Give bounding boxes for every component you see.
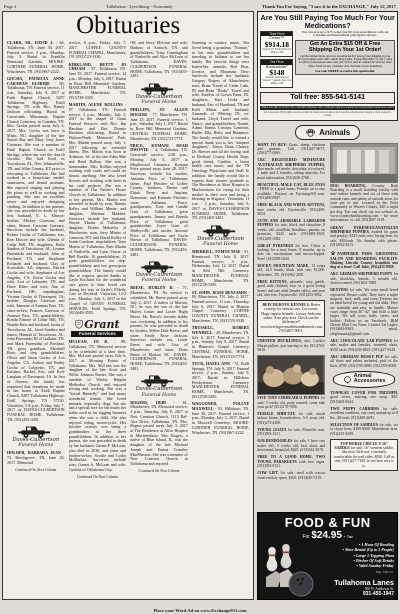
obituaries-section: Obituaries CLARK, SR., DAVID J. - 64, Tu… (2, 11, 254, 600)
grant-logo-name: Grant (84, 319, 119, 330)
obituary-continuation: OK and Steve McLean and wife, Barbara of… (130, 41, 188, 79)
obituary-entry: ST. JOHN, JESSE BENJAMIN - 89, Mancheste… (192, 291, 250, 324)
continued-note: Continued On Next Column (130, 469, 188, 473)
obituary-text: - 87, Tullahoma, TN. June 29, 2017. Fune… (69, 66, 127, 99)
their-price-box: Their Price Crestor™ $914.18 Typical US … (260, 31, 293, 57)
classified-text: for sale. We raise small breed registere… (330, 288, 398, 336)
classified-ad: DOG BOARDING, Country Bark Boarding is a… (330, 143, 398, 223)
our-price-box: Our Price Rosuvastatin* $148 Generic equ… (260, 59, 293, 88)
classified-text: nine weeks old. Fayetteville. (931)409-5… (257, 208, 325, 216)
obituary-column-1: CLARK, SR., DAVID J. - 64, Tullahoma, TN… (7, 41, 65, 593)
page-number: Page 2 (4, 4, 16, 9)
bowling-center-name: Tullahoma Lanes (334, 578, 394, 587)
grant-funeral-services-logo: GrantFuneral Services (71, 319, 123, 337)
classified-ad: GREAT PYRENEES/ANATOLIAN SHEPHERD PUPPIE… (330, 226, 398, 248)
classified-ad: BEAUTIFUL MALE CAT, BLUE EYES - FREE to … (257, 183, 325, 200)
obituary-text: - 77, Manchester, TN. June 25, 2017. Fun… (130, 112, 188, 141)
animals-section-badge: Animals (295, 125, 360, 140)
toll-free-phone: Toll free: 855-541-5141 (260, 92, 395, 105)
daves-culbertson-funeral-home-logo: Daves-CulbertsonFuneral Home (7, 425, 65, 448)
classified-lead: PAMPERED PAWS GROOMING SALON AND BOARDIN… (330, 252, 398, 260)
medications-ad-subtitle: You can save up to 97% when you fill you… (295, 31, 395, 39)
accessories-label-line2: Accessories (354, 379, 386, 385)
price-comparison: Their Price Crestor™ $914.18 Typical US … (260, 31, 293, 90)
classified-ad: WANT TO BUY: Goats, sheep, chickens and … (257, 143, 325, 156)
classified-text: blue merle, red merle, chocolate, tri-co… (257, 167, 325, 180)
obituary-entry: KIRKLAND, BETTY JO CHISAM - 87, Tullahom… (69, 63, 127, 101)
page-header-slogan: Thank You For Saying, "I saw it in the E… (262, 4, 396, 9)
classified-ad: CRESTED DUCKLINGS; also, Cuckoo Maran pu… (257, 339, 325, 352)
their-price-note: Typical US Brand Price for 40mg x 100 (261, 49, 292, 55)
antique-car-icon (138, 82, 180, 95)
animals-section-title: Animals (319, 128, 350, 137)
medications-ad-fine-print: All trade-mark (TM) rights associated wi… (260, 111, 395, 117)
classified-column-2: DOG BOARDING, Country Bark Boarding is a… (330, 143, 398, 511)
classified-ad: FIVE TINY CHIHUAHUA PUPPIES for sale, 7-… (257, 355, 325, 409)
funeral-home-logo-subname: Funeral Home (130, 100, 188, 105)
obituary-entry: ROGERS, DEBI - 61, Manchester, TN. Memor… (130, 401, 188, 467)
obituary-text: - 87, Tullahoma, TN. Funeral service, 2 … (69, 102, 127, 315)
funeral-home-logo-subname: Funeral Home (130, 393, 188, 398)
bowling-ad: FOOD & FUN For $24.95 + Tax 1 Hour Of Bo… (257, 512, 398, 600)
classified-ad: PAMPERED PAWS GROOMING SALON AND BOARDIN… (330, 250, 398, 269)
right-ad-rail: Are You Still Paying Too Much For Your M… (257, 11, 398, 600)
obituary-entry: SHERRILL, TOMYE MAE - 91, Brentwood, TN.… (192, 250, 250, 288)
medications-ad-disclaimer: Please note that we do not carry control… (260, 106, 395, 110)
grant-logo-top: Grant (71, 319, 123, 330)
page-header-cities: Tullahoma - Lynchburg - Normandy (106, 4, 173, 9)
obituary-columns: CLARK, SR., DAVID J. - 64, Tullahoma, TN… (3, 39, 253, 593)
obituary-continuation: service, 6 p.m., Friday, July 7, 2017. C… (69, 41, 127, 60)
obituary-text: - 91, Brentwood, TN. July 8, 2017. Funer… (192, 249, 250, 287)
animal-accessories-label: AnimalAccessories (354, 374, 386, 385)
obituary-entry: CLARK, SR., DAVID J. - 64, Tullahoma, TN… (7, 41, 65, 74)
classified-ad: CKC REGISTERED MINIATURE AUSTRALIAN SHEP… (257, 158, 325, 180)
obituary-text: - 81, Hillsboro, TN. June 30, 2017. Fune… (192, 406, 250, 435)
classified-text: Making Lincoln County beautiful one dog … (330, 261, 398, 269)
classified-ad: AKC CHOCOLATE LAB PUPPIES for sale, male… (330, 339, 398, 352)
classified-ad: GOLDENDOODLES for sale, I have two males… (257, 439, 325, 452)
bowling-ad-headline: FOOD & FUN (258, 515, 397, 530)
classified-ad: DEXTERS for sale. We raise small breed r… (330, 288, 398, 336)
bowling-ad-expiry: Exp. 7/31/17 (376, 570, 393, 574)
obituary-text: - 88, Tullahoma, TN. Memorial service to… (69, 339, 127, 472)
obituary-entry: REESE, HURLEY D. - 71, Manchester, TN. N… (130, 286, 188, 371)
antique-car-icon (138, 260, 180, 273)
funeral-home-logo-name: Daves-Culbertson (130, 387, 188, 392)
obituary-text: - 45, Manchester, TN. July 6, 2017. Fune… (192, 330, 250, 359)
bowling-ad-price: For $24.95 + Tax (258, 530, 397, 541)
obituaries-title: Obituaries (3, 13, 253, 39)
obituary-text: - 61, Manchester, TN. Memorial service, … (130, 400, 188, 467)
obituary-text: - 74, Estill Springs, TN. July 6, 2017. … (192, 361, 250, 399)
classified-ad: YOUNG GOATS for sale, Flintville area. (… (257, 428, 325, 437)
bowling-price-prefix: For (302, 534, 310, 540)
daves-culbertson-funeral-home-logo: Daves-CulbertsonFuneral Home (130, 82, 188, 105)
classified-ad: AKC GERMAN SHEPHERD PUPPY for sale, blac… (330, 272, 398, 285)
classified-ad: GREAT PYRENEES for free. Chloe is lookin… (257, 244, 325, 261)
obituary-entry: MARTIN, ALENE ROLLINS - 87, Tullahoma, T… (69, 103, 127, 316)
classified-ad: TWO PUPPY CARRIERS for sale, excellent c… (330, 407, 398, 420)
obituary-entry: WAGGONER, POLLYE MAXWELL - 81, Hillsboro… (192, 402, 250, 435)
obituary-text: - 4, Tullahoma, TN. Graveside service, 2… (130, 147, 188, 256)
bowling-pins-and-ball-icon (260, 543, 318, 599)
daves-culbertson-funeral-home-logo: Daves-CulbertsonFuneral Home (192, 224, 250, 247)
daves-culbertson-funeral-home-logo: Daves-CulbertsonFuneral Home (130, 374, 188, 397)
bowling-price-value: $24.95 (311, 530, 342, 541)
chihuahua-puppies-photo (257, 355, 325, 395)
offer-box: Get An Extra $15 Off & Free Shipping On … (295, 40, 395, 76)
obituary-column-2: service, 6 p.m., Friday, July 7, 2017. C… (69, 41, 127, 593)
paw-icon (305, 127, 316, 138)
classified-text: Better concept for animal care. Cat room… (260, 303, 322, 333)
obituary-column-3: OK and Steve McLean and wife, Barbara of… (130, 41, 188, 593)
obituary-text: - 89, Manchester, TN. July 2, 2017. Fune… (192, 290, 250, 323)
obituary-text: - 64, Tullahoma, TN. June 30, 2017. Fune… (7, 41, 65, 73)
obituary-text: - 80, Tullahoma, TN. Funeral service, 11… (7, 81, 65, 422)
page-content: Obituaries CLARK, SR., DAVID J. - 64, Tu… (0, 11, 400, 602)
classified-lead: CKC REGISTERED MINIATURE AUSTRALIAN SHEP… (257, 158, 325, 166)
classified-text: Country Bark Boarding is a small boardin… (330, 184, 398, 223)
classified-ad: AKC SIBERIAN HUSKY PUP for sale, all sho… (330, 355, 398, 368)
obituary-text: service, 6 p.m., Friday, July 7, 2017. C… (69, 41, 127, 59)
classified-ad: TONNEAU COVER FOR TRIUMPH, good cover, m… (330, 391, 398, 404)
classified-ad: TOP HORSE CIRCLE Y 16" SADDLE for sale, … (330, 439, 398, 471)
bowling-price-suffix: + Tax (343, 534, 353, 539)
classified-ad: BEECHGROVE KENNELS. Better concept for a… (257, 300, 325, 337)
funeral-home-logo-subname: Funeral Home (130, 278, 188, 283)
classified-text: - FREE to a good home. Female cat is als… (257, 187, 325, 200)
obituary-entry: TUCK, HAZEL ANN - 74, Estill Springs, TN… (192, 362, 250, 400)
dog-boarding-kennels-photo (330, 143, 398, 183)
continued-note: Continued On Next Column (69, 475, 127, 479)
classified-ad: FREE BLACK AND WHITE KITTENS, nine weeks… (257, 203, 325, 216)
medications-ad-title: Are You Still Paying Too Much For Your M… (260, 14, 395, 29)
obituary-text: listening to country music. She loved be… (192, 41, 250, 220)
page-header: Page 2 Tullahoma - Lynchburg - Normandy … (0, 0, 400, 11)
bowling-center-phone: 931-455-1947 (363, 591, 394, 597)
funeral-home-logo-subname: Funeral Home (7, 443, 65, 448)
shield-crest-icon (75, 319, 83, 329)
offer-text: Call the number below and save an additi… (298, 55, 393, 68)
our-price-note: Generic equivalent of Crestor™ generic p… (261, 77, 292, 86)
continued-note: Continued On Next Column (7, 468, 65, 472)
classified-ad: ROCKY MOUNTAIN MARE, 13 years old, 14.3 … (257, 264, 325, 277)
grant-logo-banner: Funeral Services (71, 331, 123, 337)
obituary-text: - 71, Manchester, TN. No service is sche… (130, 285, 188, 370)
obituary-entry: GOCHA, PATRICIA ANNE CARAWAN ELMORE - 80… (7, 77, 65, 423)
paw-icon (330, 250, 336, 256)
medications-ad: Are You Still Paying Too Much For Your M… (257, 11, 398, 121)
classified-ad: SELECTION OF SADDLES for sale, six to ch… (330, 423, 398, 436)
antique-car-icon (200, 224, 242, 237)
classified-text: good cover, missing one snap, $50. (931)… (330, 395, 398, 403)
classified-columns: WANT TO BUY: Goats, sheep, chickens and … (257, 143, 398, 511)
funeral-home-logo-subname: Funeral Home (192, 242, 250, 247)
classified-ad: FREE KITTENS, adorable, very gentle, goo… (257, 280, 325, 297)
word-ad-footer: Place your Word Ad on www.Exchange931.co… (0, 608, 400, 613)
obituary-column-4: listening to country music. She loved be… (192, 41, 250, 593)
daves-culbertson-funeral-home-logo: Daves-CulbertsonFuneral Home (130, 260, 188, 283)
medications-ad-offer-area: You can save up to 97% when you fill you… (295, 31, 395, 90)
obituary-continuation: listening to country music. She loved be… (192, 41, 250, 221)
obituary-entry: PHILLIPS, JO ALLEN ROGERS - 77, Manchest… (130, 108, 188, 141)
offer-code: Use code 15FREE to receive this special … (298, 69, 393, 73)
classified-column-1: WANT TO BUY: Goats, sheep, chickens and … (257, 143, 325, 511)
obituary-text: OK and Steve McLean and wife, Barbara of… (130, 41, 188, 78)
classified-ad: CUTE AND ADORABLE LABRADOR PUPPIES for s… (257, 219, 325, 241)
animal-accessories-badge: AnimalAccessories (333, 371, 395, 388)
medications-ad-body: Their Price Crestor™ $914.18 Typical US … (260, 31, 395, 90)
obituary-entry: PRICE, KYMANI ISIAH DWONTE - 4, Tullahom… (130, 144, 188, 258)
offer-title: Get An Extra $15 Off & Free Shipping On … (298, 42, 393, 54)
classified-ad: FEMALE SHIH-TZU for sale, needs indoor h… (257, 412, 325, 425)
collar-leash-icon (343, 375, 352, 384)
obituary-entry: HOLDER, BARBARA JEAN - 73, Beechgrove, T… (7, 451, 65, 465)
newspaper-page: Page 2 Tullahoma - Lynchburg - Normandy … (0, 0, 400, 614)
obituary-entry: TRUSSELL, ROBERT WENDELL - 45, Mancheste… (192, 326, 250, 359)
obituary-entry: MCLEAN, JO B. - 88, Tullahoma, TN. Memor… (69, 340, 127, 473)
classified-ad: FREE TO A GOOD HOME, TWO YOUNG PARAKEETS… (257, 455, 325, 468)
classified-ad: COW LIFT for sale, used with tractor fro… (257, 471, 325, 480)
